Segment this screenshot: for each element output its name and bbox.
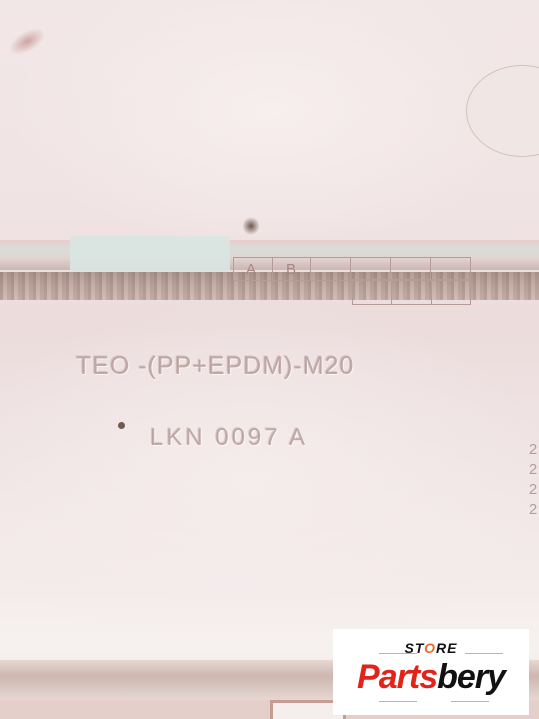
store-o-ring: O [424,640,436,656]
grid-label-a: A [246,261,256,278]
brand-bery: bery [437,658,505,696]
edge-digit: 2 [527,480,539,500]
residue-patch [70,236,230,276]
grid-label-b: B [286,261,296,278]
surface-speck [118,422,125,429]
brand-parts: Parts [357,658,437,696]
store-watermark: STORE Partsbery [333,629,529,715]
watermark-store-text: STORE [333,640,529,656]
edge-digit: 2 [527,440,539,460]
marking-grid-top [233,257,471,281]
watermark-rule [451,701,489,702]
molded-bump [466,65,539,157]
part-code: LKN 0097 A [150,424,308,452]
scuff-mark [0,20,54,75]
edge-digit: 2 [527,460,539,480]
marking-grid-bottom [352,279,471,305]
material-code: TEO -(PP+EPDM)-M20 [76,352,354,381]
product-photo: A B TEO -(PP+EPDM)-M20 LKN 0097 A 2 2 2 … [0,0,539,719]
edge-digits: 2 2 2 2 [527,440,539,520]
burn-mark [243,216,259,236]
edge-digit: 2 [527,500,539,520]
watermark-rule [379,701,417,702]
watermark-brand: Partsbery [333,657,529,697]
